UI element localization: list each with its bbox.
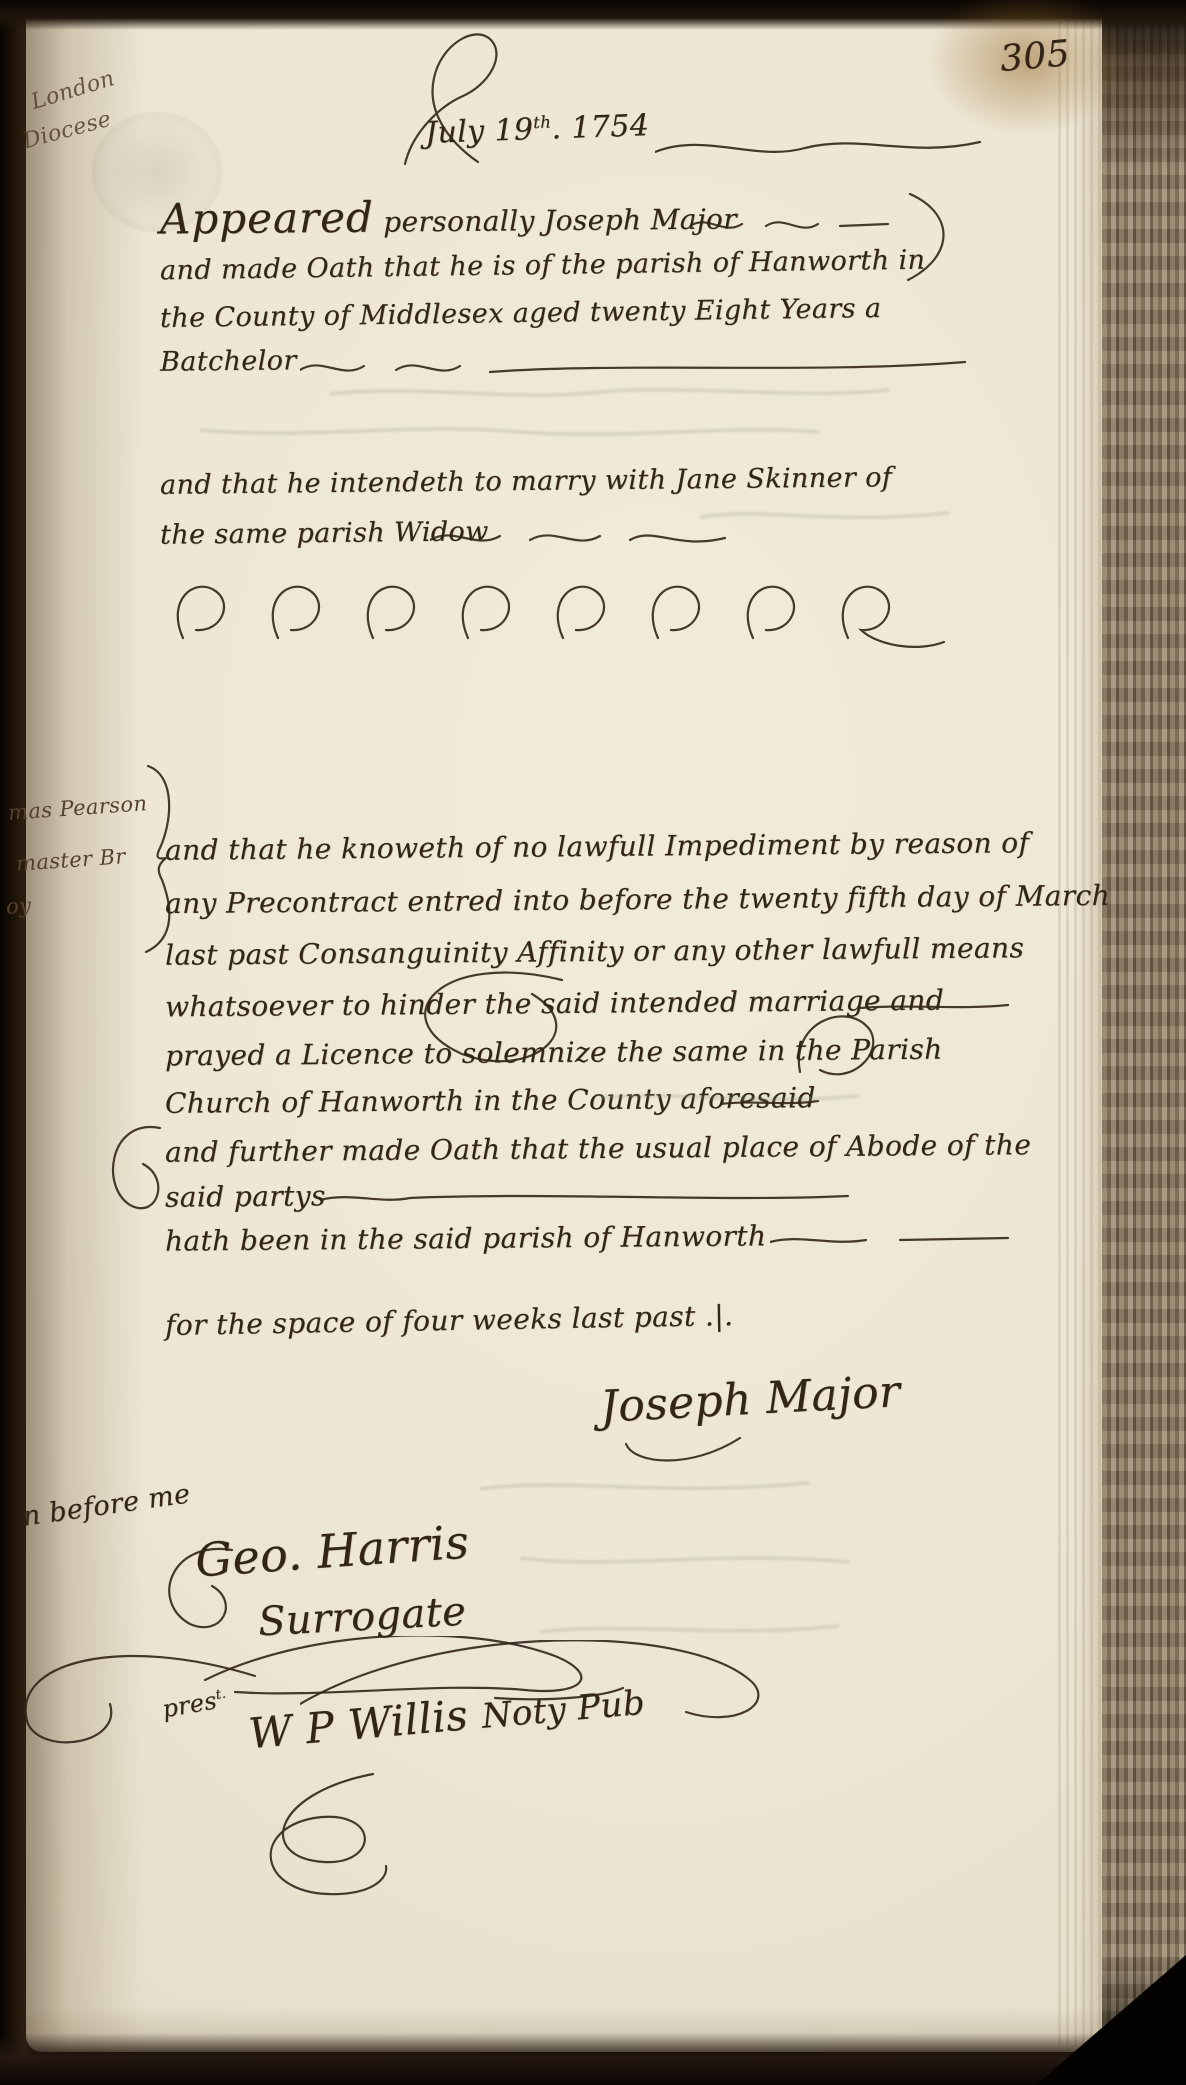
oath-line: hath been in the said parish of Hanworth — [165, 1219, 767, 1257]
pen-flourish-loop-left — [98, 1118, 170, 1230]
ink-showthrough — [520, 1548, 850, 1572]
margin-witness-line3: oy — [5, 893, 32, 919]
ink-showthrough — [600, 1088, 860, 1108]
page-deckle-edge — [1058, 16, 1104, 2046]
pen-flourish-oval — [380, 958, 600, 1070]
date-ordinal: th — [533, 113, 552, 133]
date-suffix: . 1754 — [551, 108, 650, 146]
batchelor-trailing-line — [300, 352, 970, 382]
bottom-shadow — [0, 2033, 1186, 2085]
page-number: 305 — [998, 33, 1071, 80]
partys-trailing-line — [320, 1190, 850, 1206]
ink-showthrough — [200, 420, 820, 442]
widow-trailing-squiggle — [430, 524, 730, 552]
book-fore-edge — [1102, 0, 1186, 2085]
date-trailing-flourish — [655, 128, 985, 170]
oath-opening-line: Appeared personally Joseph Major — [160, 189, 737, 243]
notary-bottom-loop-flourish — [228, 1766, 413, 1911]
line1-trailing-squiggle — [690, 212, 890, 238]
loop-row-flourish — [148, 572, 948, 670]
hanworth-trailing-dash — [770, 1232, 1010, 1248]
oath-line: Batchelor — [160, 345, 297, 377]
ink-showthrough — [330, 382, 890, 404]
manuscript-scan: 305 London Diocese July 19th. 1754 Appea… — [0, 0, 1186, 2085]
oath-opening-word: Appeared — [160, 193, 374, 244]
ink-showthrough — [480, 1475, 810, 1499]
ink-showthrough — [700, 505, 950, 527]
date-prefix: July 19 — [424, 112, 534, 151]
pen-flourish-loop-right — [790, 1000, 885, 1092]
signature-tail-flourish — [620, 1432, 750, 1474]
oath-opening-rest: personally Joseph Major — [374, 202, 737, 238]
notary-trailing-arc — [300, 1640, 780, 1764]
oath-line: said partys — [165, 1179, 326, 1213]
